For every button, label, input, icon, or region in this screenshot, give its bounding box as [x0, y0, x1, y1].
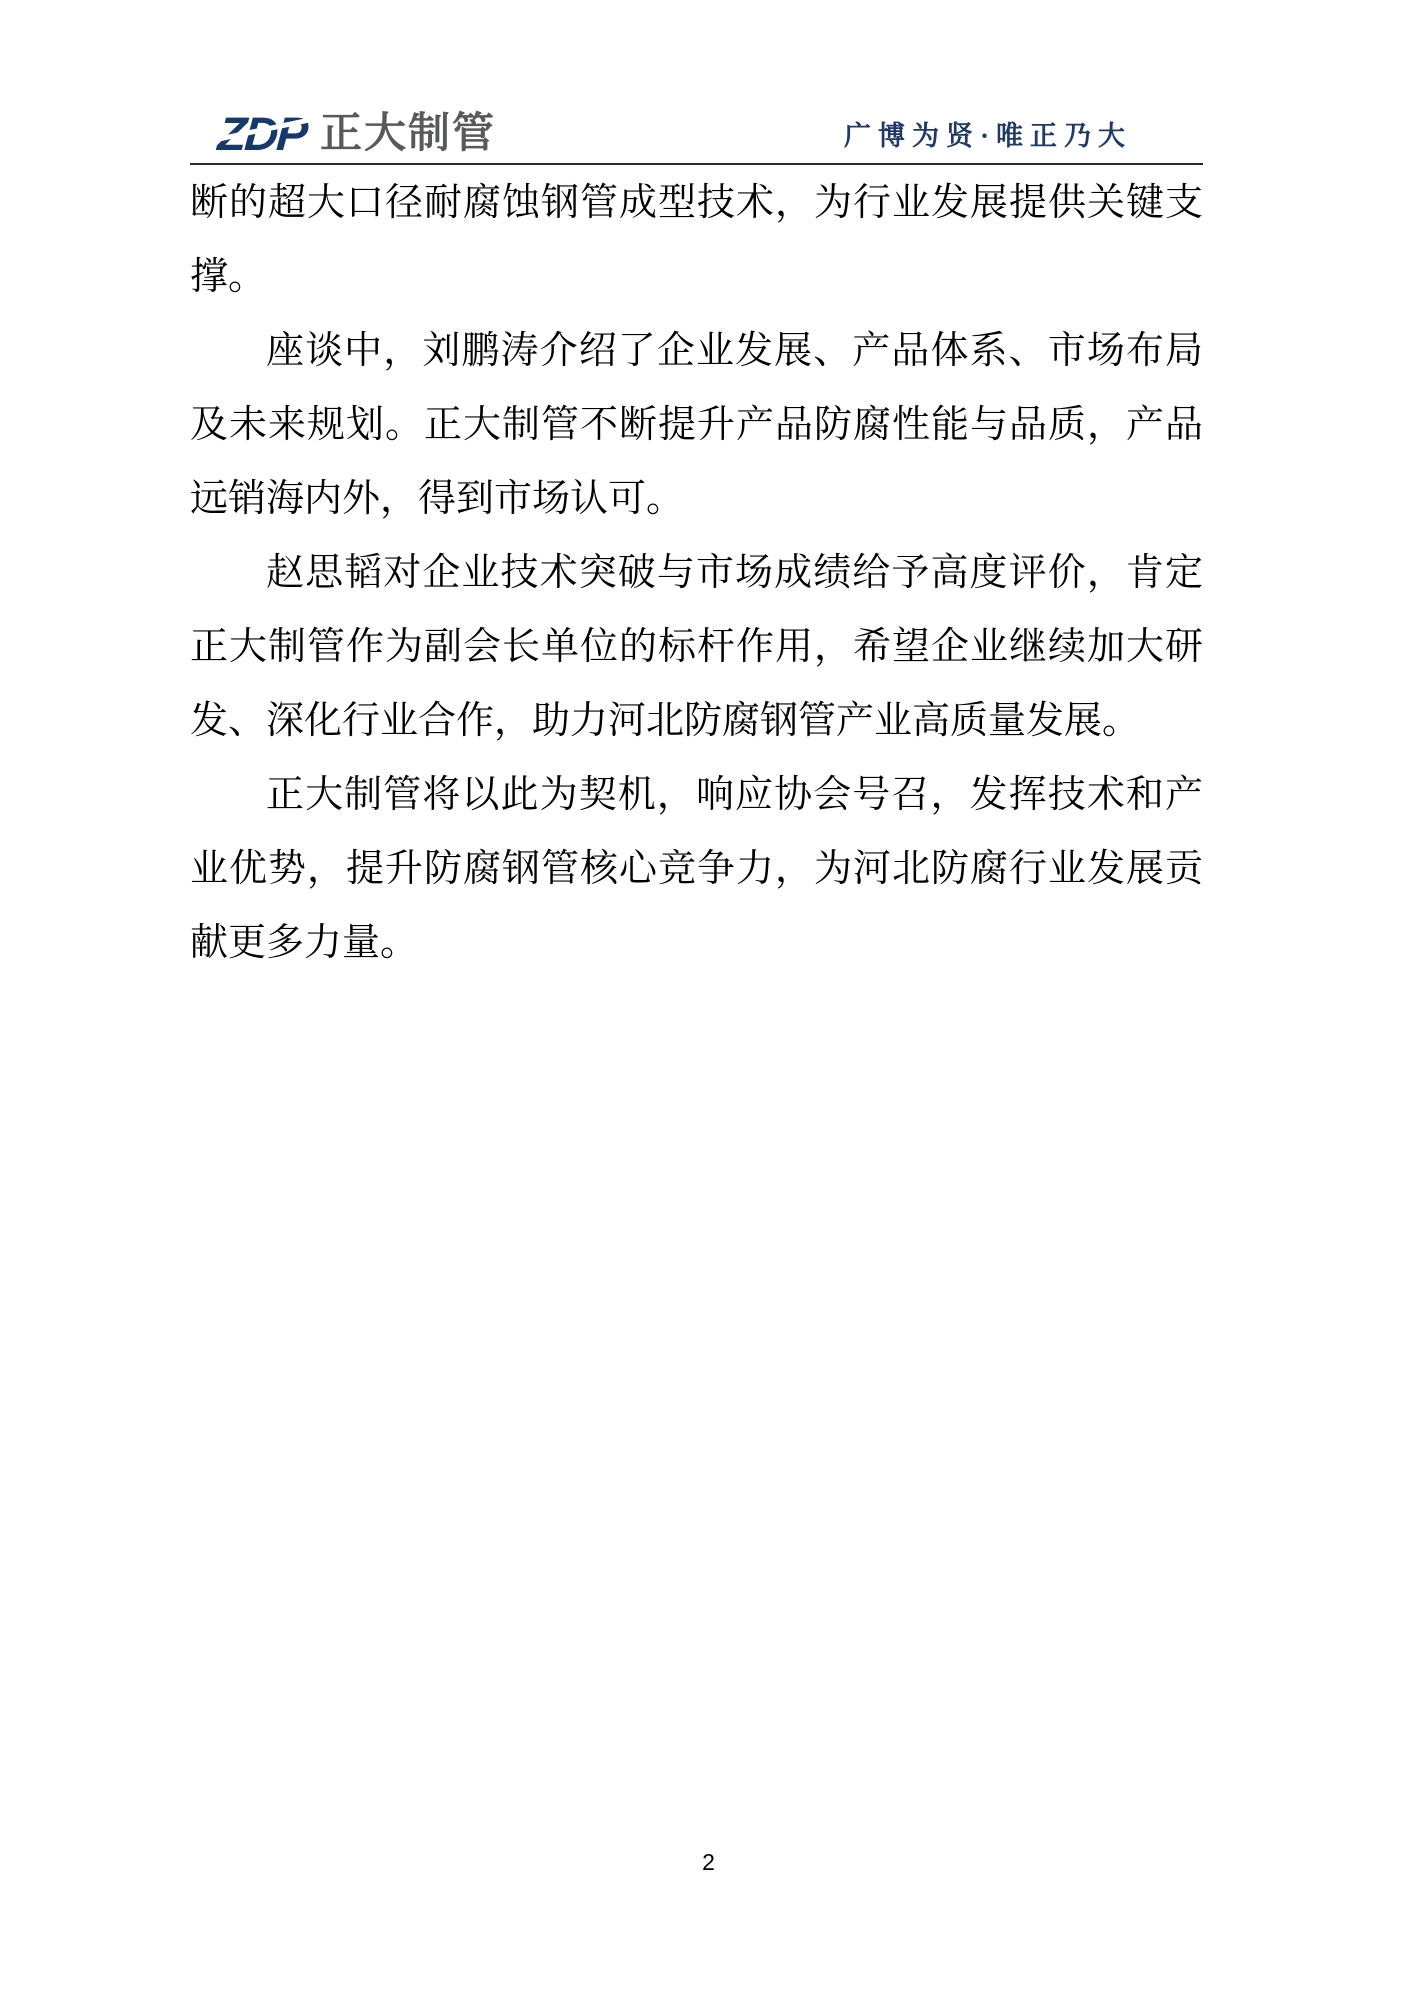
- text-line: 正大制管作为副会长单位的标杆作用，希望企业继续加大研: [190, 610, 1203, 684]
- text-line: 断的超大口径耐腐蚀钢管成型技术，为行业发展提供关键支: [190, 166, 1203, 240]
- text-line: 业优势，提升防腐钢管核心竞争力，为河北防腐行业发展贡: [190, 832, 1203, 906]
- zdp-logo-mark: ZDP: [216, 110, 307, 157]
- paragraph-1: 断的超大口径耐腐蚀钢管成型技术，为行业发展提供关键支 撑。: [190, 166, 1203, 314]
- text-line: 发、深化行业合作，助力河北防腐钢管产业高质量发展。: [190, 684, 1203, 758]
- text-line: 赵思韬对企业技术突破与市场成绩给予高度评价，肯定: [190, 536, 1203, 610]
- document-body: 断的超大口径耐腐蚀钢管成型技术，为行业发展提供关键支 撑。 座谈中，刘鹏涛介绍了…: [190, 166, 1203, 980]
- text-line: 献更多力量。: [190, 906, 1203, 980]
- document-page: ZDP 正大制管 广博为贤·唯正乃大 断的超大口径耐腐蚀钢管成型技术，为行业发展…: [0, 0, 1417, 2004]
- text-line: 及未来规划。正大制管不断提升产品防腐性能与品质，产品: [190, 388, 1203, 462]
- page-number: 2: [0, 1849, 1417, 1876]
- company-logo: ZDP 正大制管: [218, 110, 496, 156]
- company-tagline: 广博为贤·唯正乃大: [844, 120, 1132, 152]
- paragraph-4: 正大制管将以此为契机，响应协会号召，发挥技术和产 业优势，提升防腐钢管核心竞争力…: [190, 758, 1203, 980]
- header-divider: [190, 163, 1203, 165]
- paragraph-2: 座谈中，刘鹏涛介绍了企业发展、产品体系、市场布局 及未来规划。正大制管不断提升产…: [190, 314, 1203, 536]
- company-name: 正大制管: [320, 112, 496, 154]
- text-line: 远销海内外，得到市场认可。: [190, 462, 1203, 536]
- text-line: 撑。: [190, 240, 1203, 314]
- text-line: 正大制管将以此为契机，响应协会号召，发挥技术和产: [190, 758, 1203, 832]
- text-line: 座谈中，刘鹏涛介绍了企业发展、产品体系、市场布局: [190, 314, 1203, 388]
- zdp-logo-text: ZDP: [216, 107, 308, 160]
- paragraph-3: 赵思韬对企业技术突破与市场成绩给予高度评价，肯定 正大制管作为副会长单位的标杆作…: [190, 536, 1203, 758]
